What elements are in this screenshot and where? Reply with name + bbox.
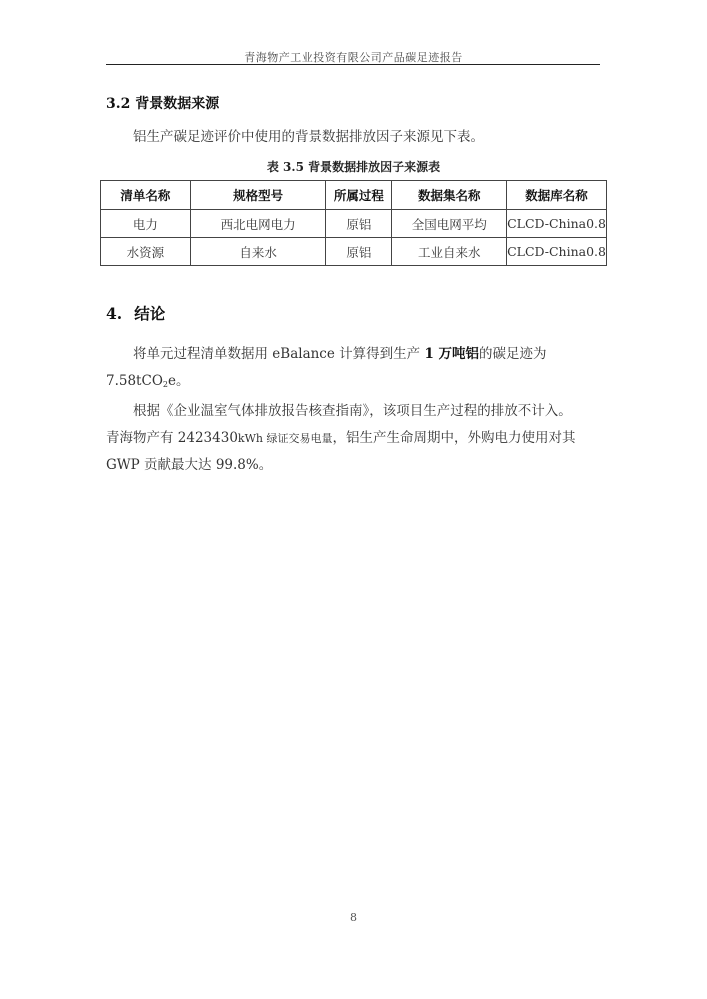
column-header: 数据库名称 bbox=[507, 181, 607, 210]
text-run: e。 bbox=[168, 373, 190, 389]
table-cell: CLCD-China0.8 bbox=[507, 210, 607, 238]
table-row: 水资源 自来水 原铝 工业自来水 CLCD-China0.8 bbox=[101, 238, 607, 266]
text-run: 7.58tCO bbox=[106, 373, 163, 389]
table-cell: 西北电网电力 bbox=[190, 210, 326, 238]
conclusion-para2-line3: GWP 贡献最大达 99.8%。 bbox=[106, 452, 606, 479]
column-header: 清单名称 bbox=[101, 181, 191, 210]
table-header-row: 清单名称 规格型号 所属过程 数据集名称 数据库名称 bbox=[101, 181, 607, 210]
table-cell: 水资源 bbox=[101, 238, 191, 266]
column-header: 规格型号 bbox=[190, 181, 326, 210]
section-3-2-intro: 铝生产碳足迹评价中使用的背景数据排放因子来源见下表。 bbox=[106, 124, 606, 151]
table-cell: 工业自来水 bbox=[392, 238, 507, 266]
page-number: 8 bbox=[0, 911, 707, 924]
section-number: 4. bbox=[106, 304, 122, 323]
emission-factor-source-table: 清单名称 规格型号 所属过程 数据集名称 数据库名称 电力 西北电网电力 原铝 … bbox=[100, 180, 607, 266]
conclusion-para1-line2: 7.58tCO2e。 bbox=[106, 368, 606, 398]
table-cell: 原铝 bbox=[326, 210, 392, 238]
text-run: kWh 绿证交易电量 bbox=[238, 432, 333, 445]
header-divider bbox=[106, 64, 600, 65]
column-header: 所属过程 bbox=[326, 181, 392, 210]
header-title: 青海物产工业投资有限公司产品碳足迹报告 bbox=[0, 49, 707, 65]
conclusion-para1-line1: 将单元过程清单数据用 eBalance 计算得到生产 1 万吨铝的碳足迹为 bbox=[106, 341, 606, 368]
table-cell: 自来水 bbox=[190, 238, 326, 266]
conclusion-para2-line1: 根据《企业温室气体排放报告核查指南》，该项目生产过程的排放不计入。 bbox=[106, 398, 606, 425]
text-run: 青海物产有 2423430 bbox=[106, 430, 238, 446]
conclusion-para2-line2: 青海物产有 2423430kWh 绿证交易电量，铝生产生命周期中，外购电力使用对… bbox=[106, 425, 606, 452]
table-cell: 电力 bbox=[101, 210, 191, 238]
section-title: 结论 bbox=[134, 304, 165, 323]
text-run: 的碳足迹为 bbox=[479, 346, 547, 362]
conclusion-body: 将单元过程清单数据用 eBalance 计算得到生产 1 万吨铝的碳足迹为 7.… bbox=[106, 341, 606, 479]
table-caption: 表 3.5 背景数据排放因子来源表 bbox=[0, 158, 707, 175]
bold-quantity: 1 万吨铝 bbox=[424, 346, 479, 362]
section-3-2-heading: 3.2 背景数据来源 bbox=[106, 93, 219, 113]
table-row: 电力 西北电网电力 原铝 全国电网平均 CLCD-China0.8 bbox=[101, 210, 607, 238]
text-run: ，铝生产生命周期中，外购电力使用对其 bbox=[332, 430, 575, 446]
table-cell: 原铝 bbox=[326, 238, 392, 266]
table-cell: CLCD-China0.8 bbox=[507, 238, 607, 266]
column-header: 数据集名称 bbox=[392, 181, 507, 210]
section-4-heading: 4.结论 bbox=[106, 302, 165, 324]
text-run: 将单元过程清单数据用 eBalance 计算得到生产 bbox=[133, 346, 424, 362]
table-cell: 全国电网平均 bbox=[392, 210, 507, 238]
